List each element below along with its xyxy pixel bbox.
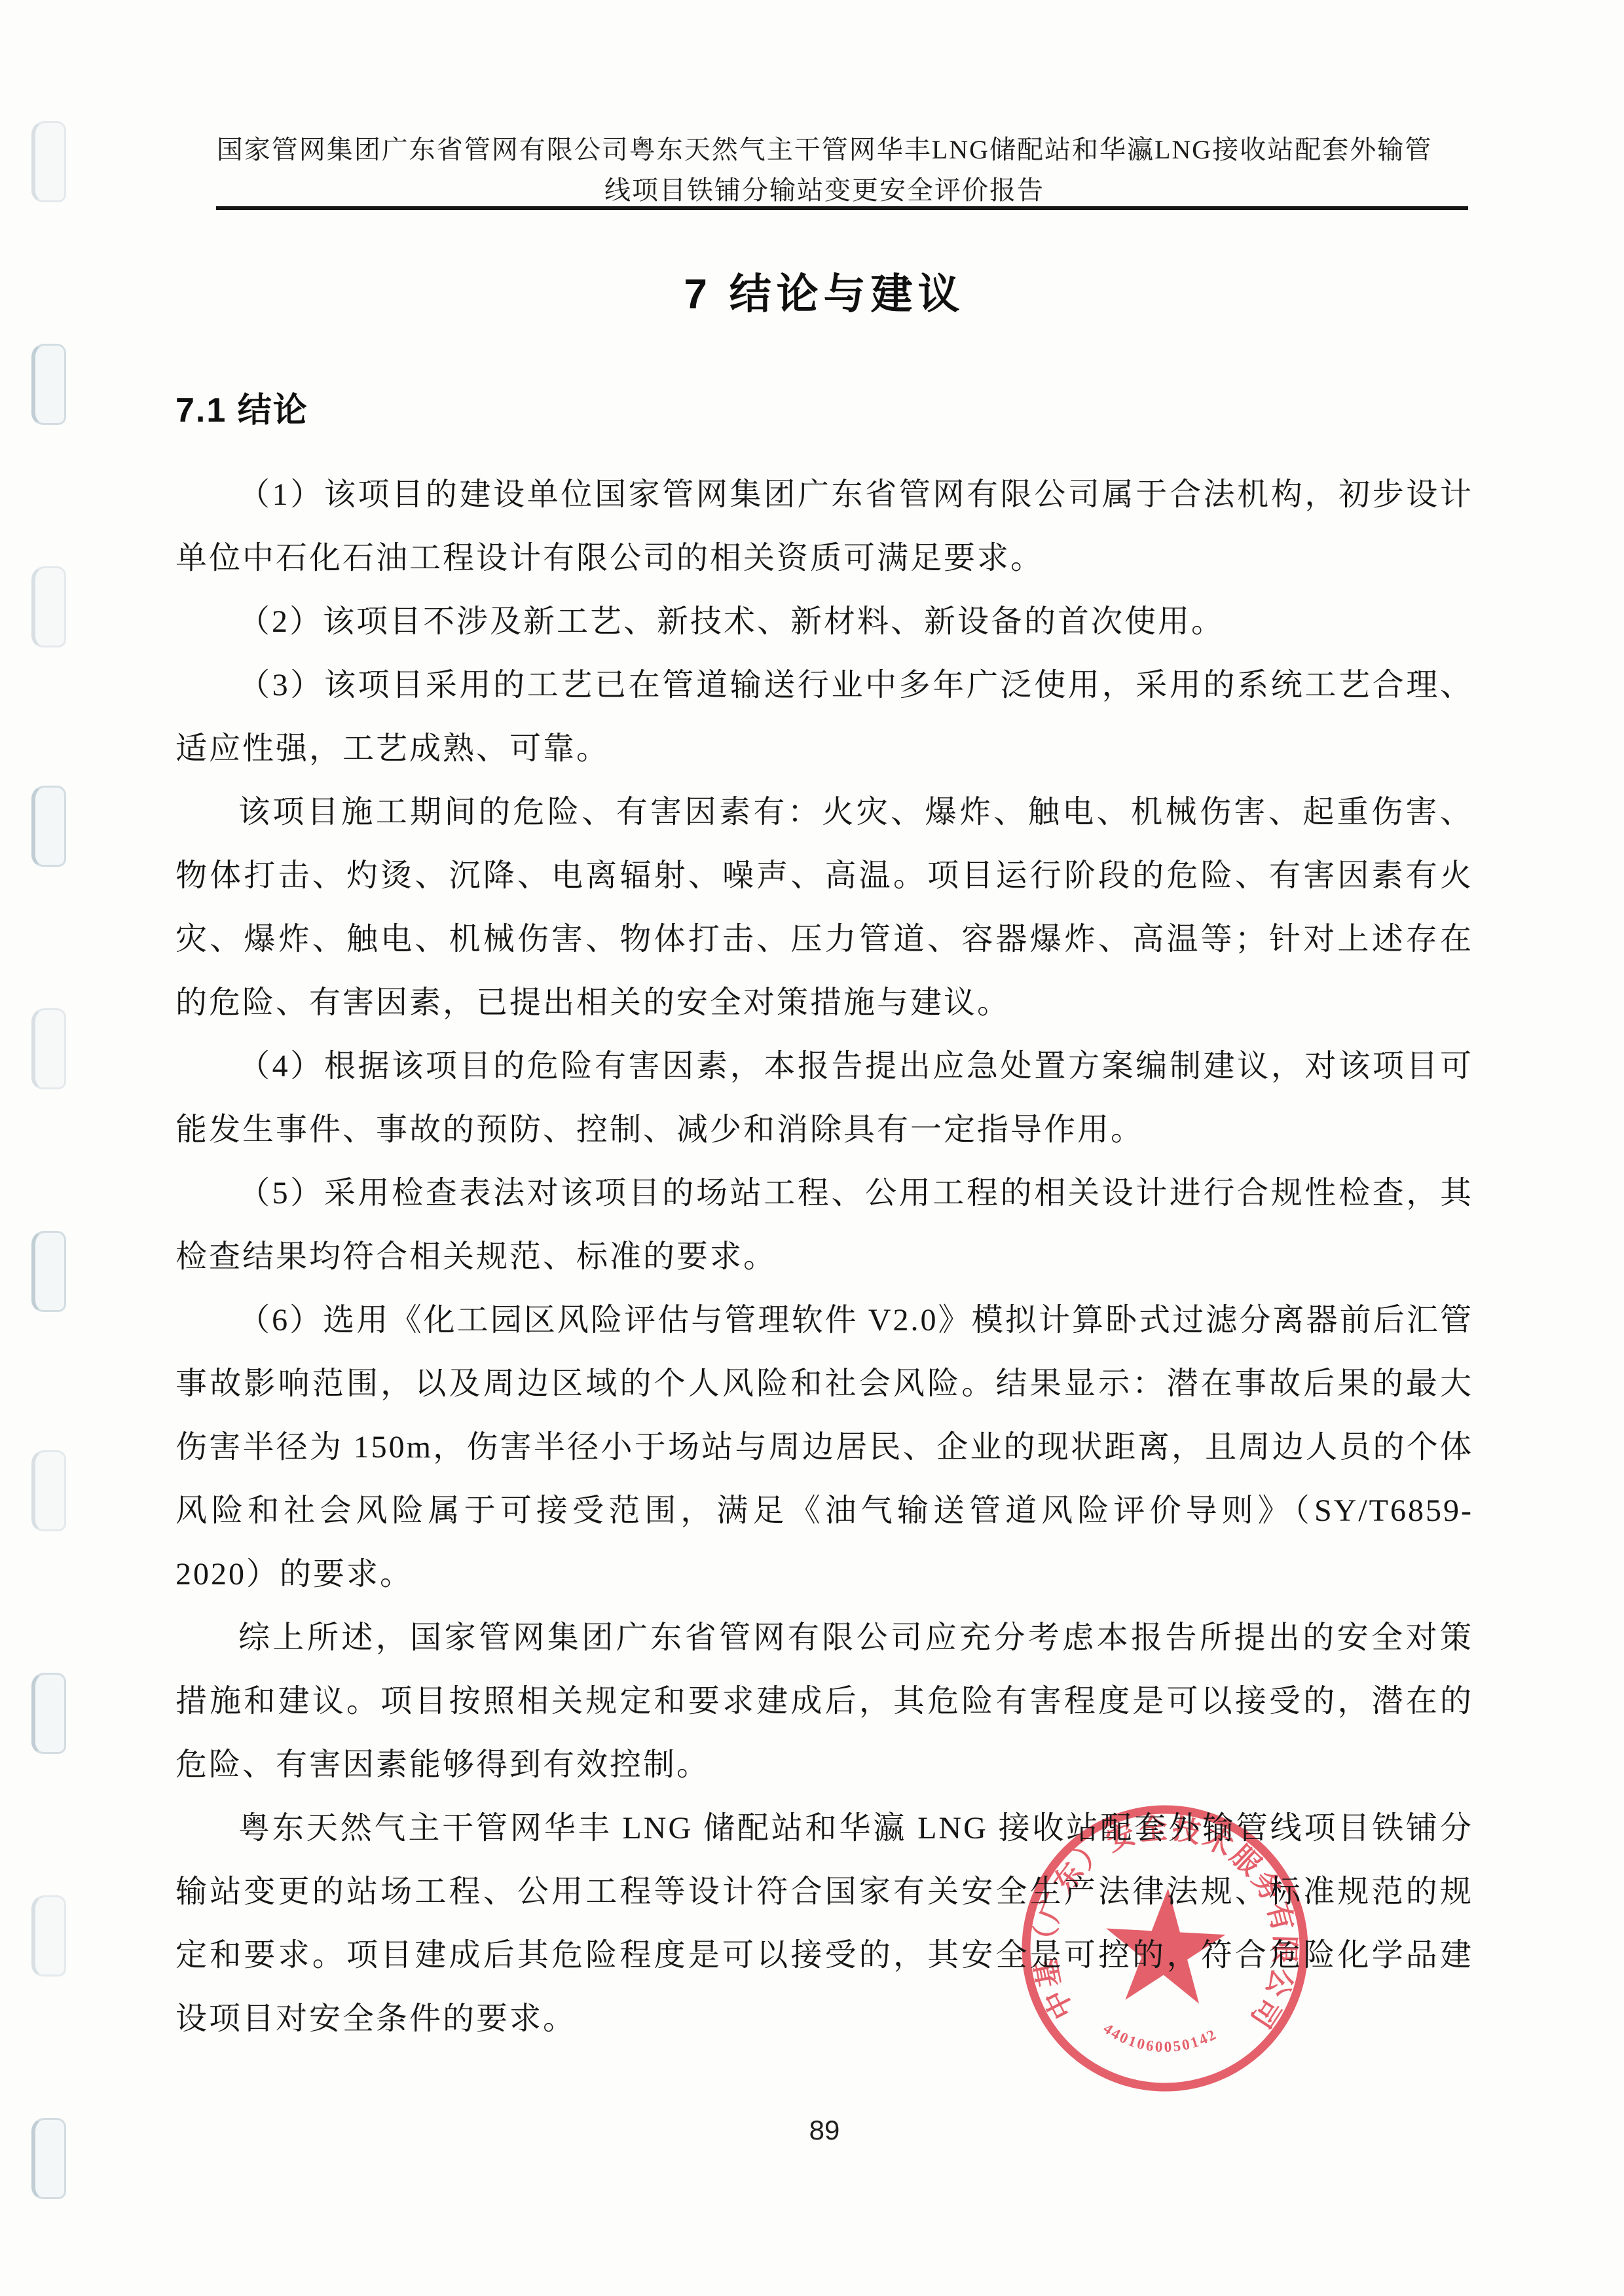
- paragraph: （4）根据该项目的危险有害因素，本报告提出应急处置方案编制建议，对该项目可能发生…: [175, 1034, 1473, 1161]
- page-number: 89: [175, 2115, 1473, 2146]
- running-header-line1: 国家管网集团广东省管网有限公司粤东天然气主干管网华丰LNG储配站和华瀛LNG接收…: [175, 130, 1473, 170]
- binding-mark: [31, 1673, 66, 1754]
- paragraph: 粤东天然气主干管网华丰 LNG 储配站和华瀛 LNG 接收站配套外输管线项目铁铺…: [175, 1796, 1473, 2050]
- body-paragraphs: （1）该项目的建设单位国家管网集团广东省管网有限公司属于合法机构，初步设计单位中…: [175, 463, 1473, 2050]
- binding-mark: [31, 1895, 66, 1977]
- paragraph: （1）该项目的建设单位国家管网集团广东省管网有限公司属于合法机构，初步设计单位中…: [175, 463, 1473, 590]
- header-rule: [216, 206, 1468, 210]
- section-heading: 7.1 结论: [175, 382, 308, 431]
- binding-mark: [31, 2118, 66, 2199]
- paragraph: 该项目施工期间的危险、有害因素有：火灾、爆炸、触电、机械伤害、起重伤害、物体打击…: [175, 780, 1473, 1034]
- paragraph: （5）采用检查表法对该项目的场站工程、公用工程的相关设计进行合规性检查，其检查结…: [175, 1161, 1473, 1288]
- binding-mark: [31, 1450, 66, 1531]
- running-header-line2: 线项目铁铺分输站变更安全评价报告: [175, 170, 1473, 211]
- paragraph: 综上所述，国家管网集团广东省管网有限公司应充分考虑本报告所提出的安全对策措施和建…: [175, 1606, 1473, 1796]
- binding-mark: [31, 1008, 66, 1089]
- paragraph: （3）该项目采用的工艺已在管道输送行业中多年广泛使用，采用的系统工艺合理、适应性…: [175, 653, 1473, 780]
- paragraph: （2）该项目不涉及新工艺、新技术、新材料、新设备的首次使用。: [175, 590, 1473, 653]
- paragraph: （6）选用《化工园区风险评估与管理软件 V2.0》模拟计算卧式过滤分离器前后汇管…: [175, 1288, 1473, 1606]
- binding-mark: [31, 566, 66, 647]
- binding-mark: [31, 1231, 66, 1312]
- binding-mark: [31, 786, 66, 867]
- chapter-title: 7 结论与建议: [175, 261, 1473, 321]
- binding-mark: [31, 121, 66, 202]
- binding-mark: [31, 344, 66, 425]
- running-header: 国家管网集团广东省管网有限公司粤东天然气主干管网华丰LNG储配站和华瀛LNG接收…: [175, 130, 1473, 211]
- document-page: 国家管网集团广东省管网有限公司粤东天然气主干管网华丰LNG储配站和华瀛LNG接收…: [0, 0, 1624, 2296]
